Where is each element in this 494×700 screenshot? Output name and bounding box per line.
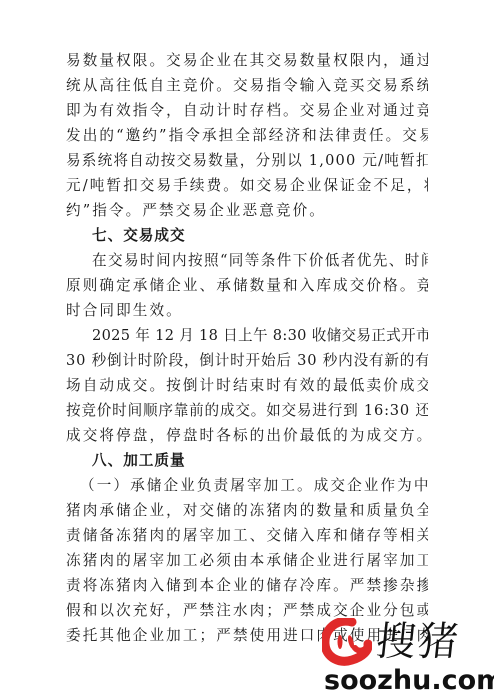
paragraph-transaction-principle: 在交易时间内按照“同等条件下价低者优先、时间优先”的 原则确定承储企业、承储数量… bbox=[66, 248, 428, 323]
logo-url-text: soozhu.com bbox=[324, 666, 494, 696]
brush-circle-icon bbox=[322, 618, 372, 666]
text-line: 成交将停盘，停盘时各标的出价最低的为成交方。 bbox=[66, 423, 428, 448]
text-line: 时合同即生效。 bbox=[66, 298, 428, 323]
text-line: 场自动成交。按倒计时结束时有效的最低卖价成交，同一卖价 bbox=[66, 373, 428, 398]
document-page: 易数量权限。交易企业在其交易数量权限内，通过收储交易系 统从高往低自主竞价。交易… bbox=[66, 48, 428, 648]
text-line: 发出的“邀约”指令承担全部经济和法律责任。交易过程中，交 bbox=[66, 123, 428, 148]
text-line: 约”指令。严禁交易企业恶意竞价。 bbox=[66, 198, 428, 223]
text-line: 易系统将自动按交易数量，分别以 1,000 元/吨暂扣保证金和 10 bbox=[66, 148, 428, 173]
text-line: （一）承储企业负责屠宰加工。成交企业作为中央储备冻 bbox=[66, 473, 428, 498]
text-line: 2025 年 12 月 18 日上午 8:30 收储交易正式开市，9:00 进入 bbox=[66, 323, 428, 348]
text-line: 即为有效指令，自动计时存档。交易企业对通过竞买交易系统 bbox=[66, 98, 428, 123]
section-heading-transaction: 七、交易成交 bbox=[66, 223, 428, 248]
text-line: 责将冻猪肉入储到本企业的储存冷库。严禁掺杂掺假、弄虚作 bbox=[66, 573, 428, 598]
text-line: 猪肉承储企业，对交储的冻猪肉的数量和质量负全部责任，负 bbox=[66, 498, 428, 523]
logo-chinese-text: 搜猪 bbox=[373, 618, 462, 666]
text-line: 易数量权限。交易企业在其交易数量权限内，通过收储交易系 bbox=[66, 48, 428, 73]
paragraph-transaction-schedule: 2025 年 12 月 18 日上午 8:30 收储交易正式开市，9:00 进入… bbox=[66, 323, 428, 448]
text-line: 按竞价时间顺序靠前的成交。如交易进行到 16:30 还未最终自动 bbox=[66, 398, 428, 423]
text-line: 责储备冻猪肉的屠宰加工、交储入库和储存等相关工作。储备 bbox=[66, 523, 428, 548]
section-heading-processing-quality: 八、加工质量 bbox=[66, 448, 428, 473]
text-line: 元/吨暂扣交易手续费。如交易企业保证金不足，将不能发出“邀 bbox=[66, 173, 428, 198]
text-line: 在交易时间内按照“同等条件下价低者优先、时间优先”的 bbox=[66, 248, 428, 273]
text-line: 原则确定承储企业、承储数量和入库成交价格。竞价交易成交 bbox=[66, 273, 428, 298]
text-line: 统从高往低自主竞价。交易指令输入竞买交易系统并经确认后 bbox=[66, 73, 428, 98]
text-line: 冻猪肉的屠宰加工必须由本承储企业进行屠宰加工生产，并负 bbox=[66, 548, 428, 573]
soozhu-watermark-logo: 搜猪 soozhu.com bbox=[322, 618, 486, 698]
paragraph-bidding-rules: 易数量权限。交易企业在其交易数量权限内，通过收储交易系 统从高往低自主竞价。交易… bbox=[66, 48, 428, 223]
text-line: 30 秒倒计时阶段，倒计时开始后 30 秒内没有新的有效报价，全 bbox=[66, 348, 428, 373]
